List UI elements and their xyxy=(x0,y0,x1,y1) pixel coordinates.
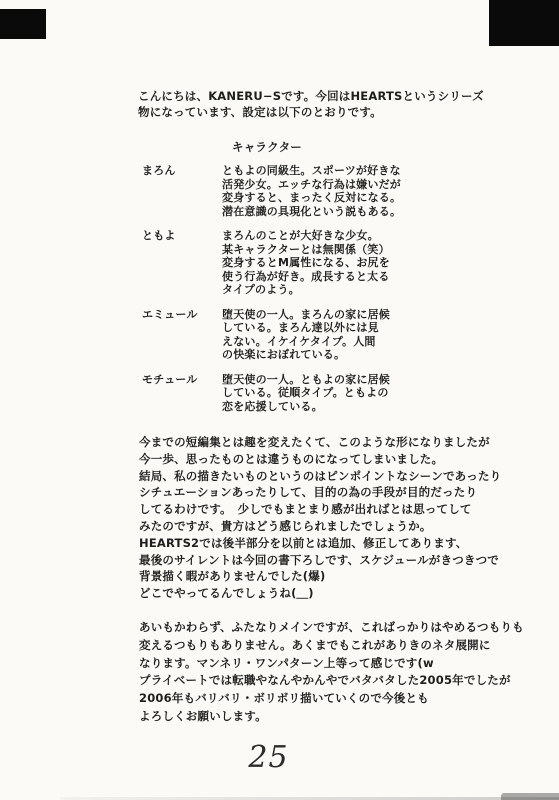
afterword-line: シチュエーションあったりして、目的の為の手段が目的だったり xyxy=(139,484,501,501)
description-line: の快楽におぼれている。 xyxy=(222,348,390,362)
closing-line: なります。マンネリ・ワンパターン上等って感じです(w xyxy=(139,655,524,673)
closing-line: あいもかわらず、ふたなりメインですが、こればっかりはやめるつもりも xyxy=(139,619,524,637)
character-row: モチュール 堕天使の一人。ともよの家に居候 している。従順タイプ。ともよの 恋を… xyxy=(142,373,401,414)
character-description: まろんのことが大好きな少女。 某キャラクターとは無関係（笑） 変身するとM属性に… xyxy=(222,229,390,297)
closing-line: 2006年もバリバリ・ボリボリ描いていくので今後とも xyxy=(139,690,524,708)
description-line: まろんのことが大好きな少女。 xyxy=(222,229,390,243)
description-line: えない。イケイケタイプ。人間 xyxy=(222,335,390,349)
description-line: 変身すると、まったく反対になる。 xyxy=(222,191,401,205)
description-line: 潜在意識の具現化という説もある。 xyxy=(222,205,401,219)
character-list: まろん ともよの同級生。スポーツが好きな 活発少女。エッチな行為は嫌いだが 変身… xyxy=(142,164,401,424)
intro-paragraph: こんにちは、KANERU−Sです。今回はHEARTSというシリーズ 物になってい… xyxy=(138,88,484,120)
description-line: 堕天使の一人。ともよの家に居候 xyxy=(222,373,390,387)
page-number: 25 xyxy=(0,740,537,775)
afterword-line: してるわけです。 少しでもまとまり感が出ればとは思ってして xyxy=(139,501,501,518)
scanned-page: こんにちは、KANERU−Sです。今回はHEARTSというシリーズ 物になってい… xyxy=(0,0,559,800)
description-line: 使う行為が好き。成長すると太る xyxy=(222,270,390,284)
intro-line: 物になっています、設定は以下のとおりです。 xyxy=(138,104,484,120)
description-line: タイプのよう。 xyxy=(222,283,390,297)
description-line: している。まろん達以外には見 xyxy=(222,321,390,335)
character-name: エミュール xyxy=(142,308,222,362)
description-line: 堕天使の一人。まろんの家に居候 xyxy=(222,308,390,322)
character-description: 堕天使の一人。ともよの家に居候 している。従順タイプ。ともよの 恋を応援している… xyxy=(222,373,390,414)
description-line: 某キャラクターとは無関係（笑） xyxy=(222,243,390,257)
afterword-line: 今までの短編集とは趣を変えたくて、このような形になりましたが xyxy=(139,434,501,451)
afterword-line: どこでやってるんでしょうね(＿) xyxy=(139,585,501,602)
intro-line: こんにちは、KANERU−Sです。今回はHEARTSというシリーズ xyxy=(138,88,484,104)
description-line: 恋を応援している。 xyxy=(222,400,390,414)
closing-line: よろしくお願いします。 xyxy=(139,708,524,726)
afterword-paragraph: 今までの短編集とは趣を変えたくて、このような形になりましたが 今一歩、思ったもの… xyxy=(139,434,501,602)
character-row: まろん ともよの同級生。スポーツが好きな 活発少女。エッチな行為は嫌いだが 変身… xyxy=(142,164,401,218)
character-description: ともよの同級生。スポーツが好きな 活発少女。エッチな行為は嫌いだが 変身すると、… xyxy=(222,164,401,218)
closing-line: プライベートでは転職やなんやかんやでバタバタした2005年でしたが xyxy=(139,672,524,690)
closing-paragraph: あいもかわらず、ふたなりメインですが、こればっかりはやめるつもりも 変えるつもり… xyxy=(139,619,524,726)
character-row: ともよ まろんのことが大好きな少女。 某キャラクターとは無関係（笑） 変身すると… xyxy=(142,229,401,297)
closing-line: 変えるつもりもありません。あくまでもこれがありきのネタ展開に xyxy=(139,637,524,655)
scan-corner-mark-left xyxy=(0,9,46,39)
character-name: ともよ xyxy=(142,229,222,297)
description-line: している。従順タイプ。ともよの xyxy=(222,386,390,400)
afterword-line: 最後のサイレントは今回の書下ろしです、スケジュールがきつきつで xyxy=(139,552,501,569)
afterword-line: みたのですが、貴方はどう感じられましたでしょうか。 xyxy=(139,518,501,535)
afterword-line: 背景描く暇がありませんでした(爆) xyxy=(139,568,501,585)
scan-bottom-smudge xyxy=(501,793,559,800)
scan-corner-mark-right xyxy=(489,0,559,46)
afterword-line: 結局、私の描きたいものというのはピンポイントなシーンであったり xyxy=(139,468,501,485)
description-line: 変身するとM属性になる、お尻を xyxy=(222,256,390,270)
section-heading: キャラクター xyxy=(232,139,302,155)
afterword-line: 今一歩、思ったものとは違うものになってしまいました。 xyxy=(139,451,501,468)
character-name: モチュール xyxy=(142,373,222,414)
afterword-line: HEARTS2では後半部分を以前とは追加、修正してあります、 xyxy=(139,535,501,552)
character-row: エミュール 堕天使の一人。まろんの家に居候 している。まろん達以外には見 えない… xyxy=(142,308,401,362)
description-line: 活発少女。エッチな行為は嫌いだが xyxy=(222,178,401,192)
description-line: ともよの同級生。スポーツが好きな xyxy=(222,164,401,178)
character-description: 堕天使の一人。まろんの家に居候 している。まろん達以外には見 えない。イケイケタ… xyxy=(222,308,390,362)
character-name: まろん xyxy=(142,164,222,218)
